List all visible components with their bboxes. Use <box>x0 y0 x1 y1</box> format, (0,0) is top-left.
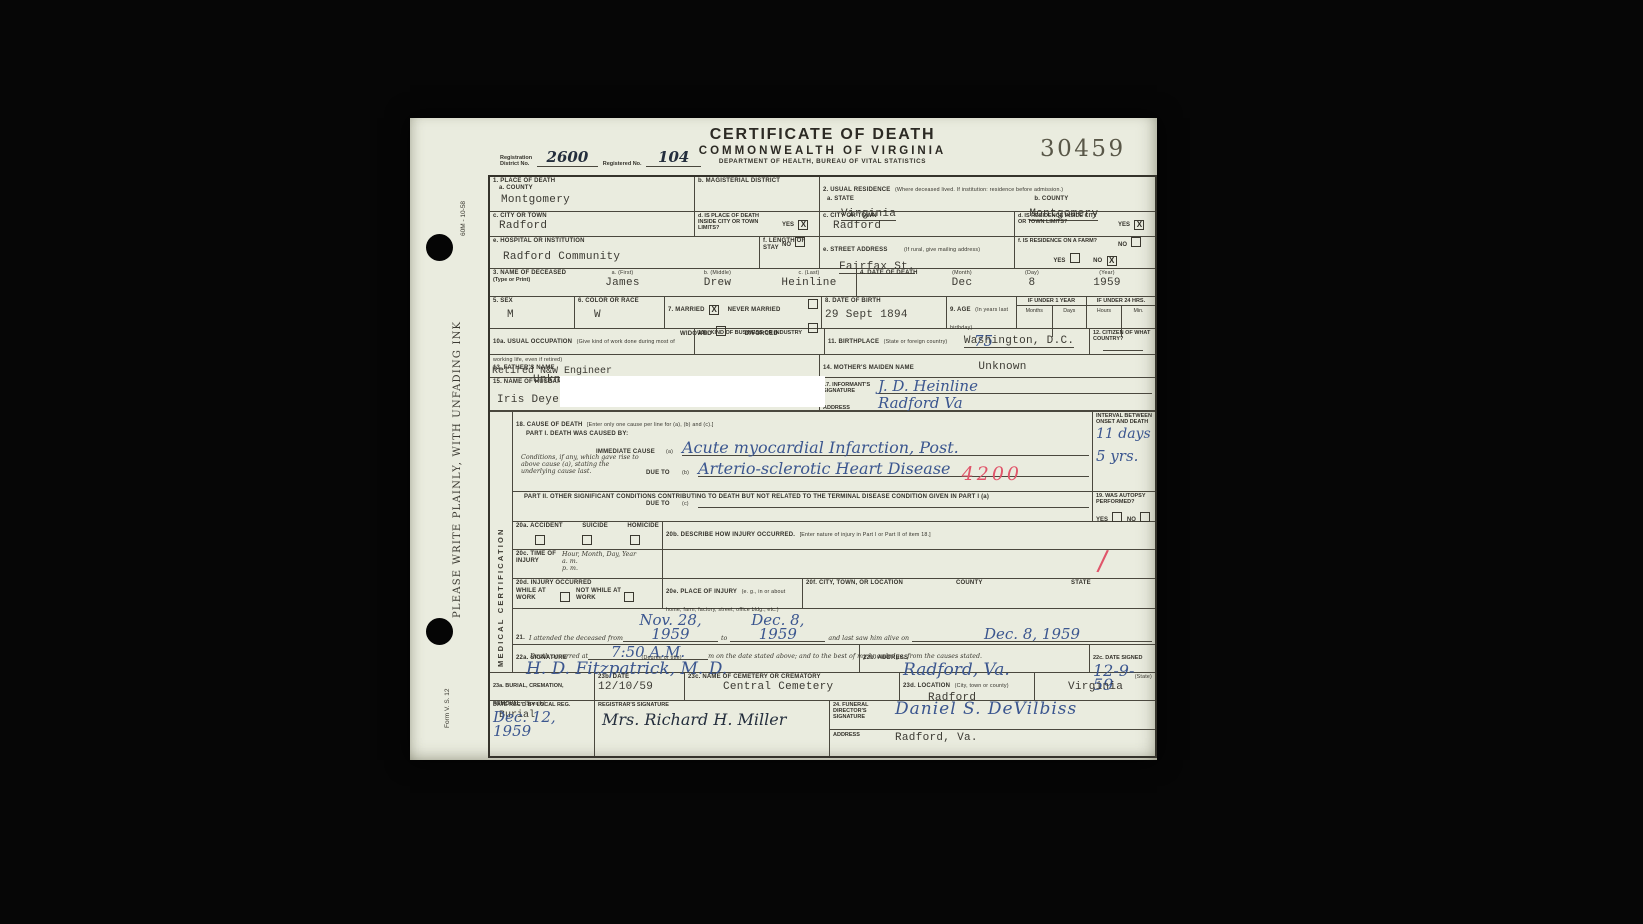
field-physician-address: 22b. ADDRESS Radford, Va. <box>860 645 1090 672</box>
death-month-value: Dec <box>922 277 1002 289</box>
medical-certification-band: MEDICAL CERTIFICATION <box>490 412 513 672</box>
field-interval-onset-death: INTERVAL BETWEEN ONSET AND DEATH 11 days… <box>1093 412 1155 491</box>
first-name-value: James <box>575 277 670 289</box>
last-name-value: Heinline <box>765 277 853 289</box>
field-industry: 10b. KIND OF BUSINESS OR INDUSTRY <box>695 329 825 354</box>
farm-yes-checkbox <box>1070 253 1080 263</box>
due-to-b-value: Arterio-sclerotic Heart Disease <box>698 462 1089 477</box>
while-at-work-checkbox <box>560 592 570 602</box>
margin-instruction: PLEASE WRITE PLAINLY, WITH UNFADING INK <box>452 288 463 618</box>
field-date-received: DATE REC'D BY LOCAL REG. Dec. 12, 1959 <box>490 701 595 756</box>
field-funeral-director: 24. FUNERAL DIRECTOR'S SIGNATURE Daniel … <box>830 701 1155 756</box>
field-residence-city: c. CITY OR TOWN Radford <box>820 212 1015 236</box>
field-describe-injury: 20b. DESCRIBE HOW INJURY OCCURRED. [Ente… <box>663 522 1155 549</box>
funeral-director-address-row: ADDRESS Radford, Va. <box>830 730 1155 746</box>
field-registrar-signature: REGISTRAR'S SIGNATURE Mrs. Richard H. Mi… <box>595 701 830 756</box>
autopsy-yes-checkbox <box>1112 512 1122 522</box>
interval-a-value: 11 days <box>1096 427 1152 441</box>
field-death-city: c. CITY OR TOWN Radford <box>490 212 695 236</box>
field-death-inside-limits: d. IS PLACE OF DEATH INSIDE CITY OR TOWN… <box>695 212 820 236</box>
field-burial-type: 23a. BURIAL, CREMATION, REMOVAL (Specify… <box>490 673 595 700</box>
field-attendance-statement: 21. I attended the deceased from Nov. 28… <box>513 609 1155 644</box>
field-accident-suicide-homicide: 20a. ACCIDENT SUICIDE HOMICIDE <box>513 522 663 549</box>
burial-date-value: 12/10/59 <box>598 681 681 693</box>
field-cemetery-name: 23c. NAME OF CEMETERY OR CREMATORY Centr… <box>685 673 900 700</box>
attended-from-value: Nov. 28, 1959 <box>623 613 718 642</box>
field-if-under-24-hrs: IF UNDER 24 HRS. Hours Min. <box>1087 297 1155 328</box>
date-received-value: Dec. 12, 1959 <box>493 710 591 738</box>
margin-form-code: Form V. S. 12 <box>444 638 451 728</box>
field-usual-occupation: 10a. USUAL OCCUPATION (Give kind of work… <box>490 329 695 354</box>
field-residence-on-farm: f. IS RESIDENCE ON A FARM? YES NO X <box>1015 237 1155 268</box>
cemetery-state-value: Virginia <box>1068 681 1152 693</box>
field-magisterial-district: b. MAGISTERIAL DISTRICT <box>695 177 820 211</box>
informant-signature-value: J. D. Heinline <box>878 379 1152 394</box>
funeral-director-address-value: Radford, Va. <box>895 732 978 744</box>
autopsy-no-checkbox <box>1140 512 1150 522</box>
residence-city-value: Radford <box>833 220 1011 232</box>
hospital-value: Radford Community <box>503 251 756 263</box>
margin-print-code: 60M - 10-58 <box>460 156 467 236</box>
registrar-signature-value: Mrs. Richard H. Miller <box>602 710 826 729</box>
field-age: 9. AGE (In years last birthday) 75 <box>947 297 1017 328</box>
field-cemetery-location: 23d. LOCATION (City, town or county) Rad… <box>900 673 1035 700</box>
funeral-director-signature-value: Daniel S. DeVilbiss <box>895 702 1077 728</box>
farm-no-checkbox: X <box>1107 256 1117 266</box>
field-part2-conditions: PART II. OTHER SIGNIFICANT CONDITIONS CO… <box>513 492 1093 521</box>
death-certificate-document: 60M - 10-58 PLEASE WRITE PLAINLY, WITH U… <box>410 118 1157 760</box>
field-if-under-1-year: IF UNDER 1 YEAR Months Days <box>1017 297 1087 328</box>
informant-address-value: Radford Va <box>878 396 1152 411</box>
race-value: W <box>594 309 661 321</box>
field-physician-signature: 22a. SIGNATURE (Degree or title) H. D. F… <box>513 645 860 672</box>
field-cemetery-state: (State) Virginia <box>1035 673 1155 700</box>
punch-hole-top <box>426 234 453 261</box>
field-place-of-injury: 20e. PLACE OF INJURY (e. g., in or about… <box>663 579 803 608</box>
registration-block: Registration District No. 2600 Registere… <box>500 148 701 167</box>
registered-number: 104 <box>646 148 701 167</box>
mother-name-value: Unknown <box>978 361 1026 373</box>
field-length-of-stay: f. LENGTH OF STAY <box>760 237 820 268</box>
registration-label-2: District No. <box>500 161 532 167</box>
field-sex: 5. SEX M <box>490 297 575 328</box>
registered-label: Registered No. <box>603 161 642 167</box>
never-married-checkbox <box>808 299 818 309</box>
not-while-at-work-checkbox <box>624 592 634 602</box>
time-of-injury-blank: / <box>663 550 1155 578</box>
death-inside-limits-yes-checkbox: X <box>798 220 808 230</box>
field-hospital: e. HOSPITAL OR INSTITUTION Radford Commu… <box>490 237 760 268</box>
field-birthplace: 11. BIRTHPLACE (State or foreign country… <box>825 329 1090 354</box>
certificate-form: 1. PLACE OF DEATH a. COUNTY Montgomery b… <box>488 175 1157 758</box>
redaction-box <box>560 376 825 407</box>
field-cause-of-death: 18. CAUSE OF DEATH [Enter only one cause… <box>513 412 1093 491</box>
field-date-of-birth: 8. DATE OF BIRTH 29 Sept 1894 <box>822 297 947 328</box>
field-injury-location: 20f. CITY, TOWN, OR LOCATION COUNTY STAT… <box>803 579 1155 608</box>
field-mother-maiden-name: 14. MOTHER'S MAIDEN NAME Unknown <box>820 355 1155 377</box>
field-date-signed: 22c. DATE SIGNED 12-9-59 <box>1090 645 1155 672</box>
cemetery-value: Central Cemetery <box>723 681 896 693</box>
field-citizen-country: 12. CITIZEN OF WHAT COUNTRY? <box>1090 329 1155 354</box>
middle-name-value: Drew <box>670 277 765 289</box>
field-marital-status: 7. MARRIED X NEVER MARRIED WIDOWED DIVOR… <box>665 297 822 328</box>
field-name-of-deceased: 3. NAME OF DECEASED (Type or Print) a. (… <box>490 269 857 296</box>
field-usual-residence: 2. USUAL RESIDENCE (Where deceased lived… <box>820 177 1155 211</box>
dob-value: 29 Sept 1894 <box>825 309 943 321</box>
death-year-value: 1959 <box>1062 277 1152 289</box>
field-father-name: 13. FATHER'S NAME Unknown <box>490 355 820 377</box>
immediate-cause-value: Acute myocardial Infarction, Post. <box>682 441 1089 456</box>
certificate-stamp-number: 30459 <box>1040 136 1126 162</box>
funeral-director-signature-row: 24. FUNERAL DIRECTOR'S SIGNATURE Daniel … <box>830 701 1155 730</box>
attended-to-value: Dec. 8, 1959 <box>730 613 825 642</box>
death-day-value: 8 <box>1002 277 1062 289</box>
field-place-of-death-county: 1. PLACE OF DEATH a. COUNTY Montgomery <box>490 177 695 211</box>
residence-inside-limits-yes-checkbox: X <box>1134 220 1144 230</box>
registration-district-number: 2600 <box>537 148 599 167</box>
sex-value: M <box>507 309 571 321</box>
conditions-note: Conditions, if any, which gave rise to a… <box>521 454 639 475</box>
field-color-or-race: 6. COLOR OR RACE W <box>575 297 665 328</box>
death-city-value: Radford <box>499 220 691 232</box>
place-of-death-county-value: Montgomery <box>501 194 691 206</box>
cause-code-stamp: 4200 <box>962 463 1022 485</box>
birthplace-value: Washington, D.C. <box>964 335 1074 348</box>
field-burial-date: 23b. DATE 12/10/59 <box>595 673 685 700</box>
citizen-blank-line <box>1103 350 1143 351</box>
field-autopsy: 19. WAS AUTOPSY PERFORMED? YES NO <box>1093 492 1155 521</box>
interval-b-value: 5 yrs. <box>1096 449 1152 463</box>
field-time-of-injury: 20c. TIME OF INJURY Hour, Month, Day, Ye… <box>513 550 663 578</box>
suicide-checkbox <box>582 535 592 545</box>
field-street-address: e. STREET ADDRESS (If rural, give mailin… <box>820 237 1015 268</box>
homicide-checkbox <box>630 535 640 545</box>
accident-checkbox <box>535 535 545 545</box>
field-informant: 17. INFORMANT'S SIGNATURE J. D. Heinline… <box>820 378 1155 410</box>
medical-certification-section: MEDICAL CERTIFICATION 18. CAUSE OF DEATH… <box>490 412 1155 673</box>
field-injury-at-work: 20d. INJURY OCCURRED WHILE AT WORK NOT W… <box>513 579 663 608</box>
field-residence-inside-limits: d. IS RESIDENCE INSIDE CITY OR TOWN LIMI… <box>1015 212 1155 236</box>
last-alive-value: Dec. 8, 1959 <box>912 627 1152 642</box>
married-checkbox: X <box>709 305 719 315</box>
field-date-of-death: 4. DATE OF DEATH (Month) Dec (Day) 8 (Ye… <box>857 269 1155 296</box>
